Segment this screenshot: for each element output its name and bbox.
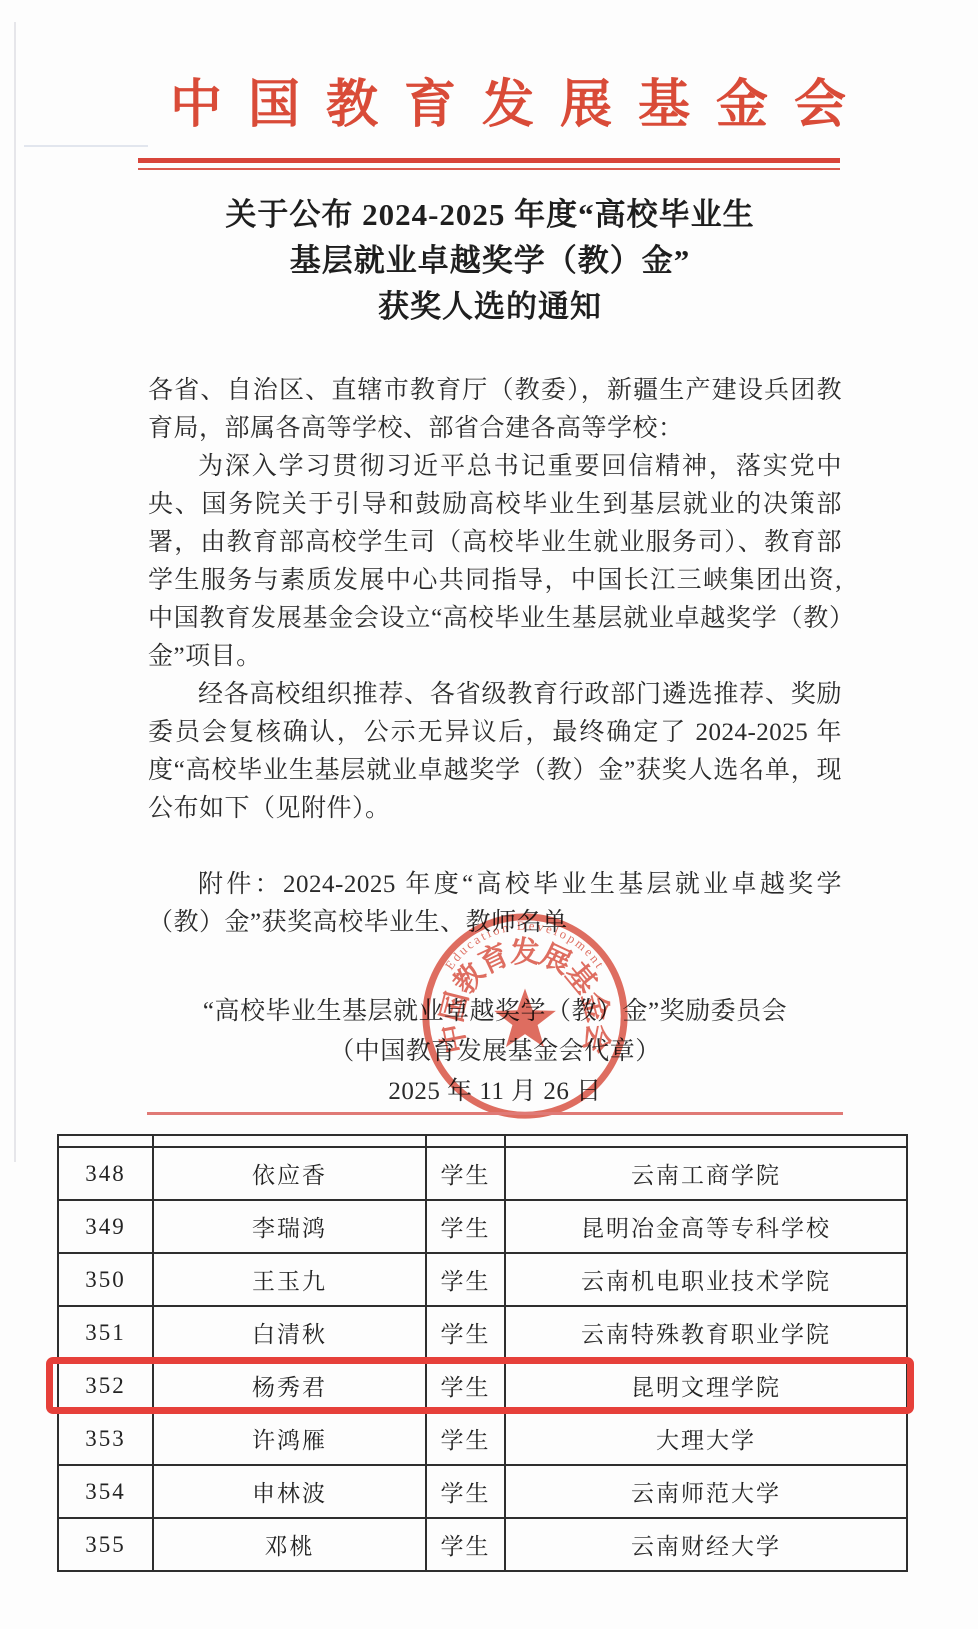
cell-no: 355 (58, 1518, 153, 1571)
table-row: 349李瑞鸿学生昆明冶金高等专科学校 (58, 1200, 907, 1253)
scan-edge-line (14, 22, 16, 1162)
notice-date: 2025 年 11 月 26 日 (148, 1072, 842, 1112)
cell-school: 大理大学 (505, 1412, 907, 1465)
highlight-box (46, 1357, 914, 1414)
table-row: 348依应香学生云南工商学院 (58, 1147, 907, 1200)
cell-role: 学生 (426, 1518, 505, 1571)
cell-role: 学生 (426, 1306, 505, 1359)
scan-divider-line (147, 1112, 843, 1115)
cell-name: 白清秋 (153, 1306, 426, 1359)
cell-no: 353 (58, 1412, 153, 1465)
cell-school: 云南特殊教育职业学院 (505, 1306, 907, 1359)
cell-no: 354 (58, 1465, 153, 1518)
table-row-partial (58, 1135, 907, 1147)
notice-title-line-1: 关于公布 2024-2025 年度“高校毕业生 (120, 192, 860, 238)
award-table: 348依应香学生云南工商学院349李瑞鸿学生昆明冶金高等专科学校350王玉九学生… (57, 1134, 908, 1572)
cell-no: 349 (58, 1200, 153, 1253)
cell-no: 350 (58, 1253, 153, 1306)
letterhead-rule-thin (138, 168, 840, 170)
cell-name: 邓桃 (153, 1518, 426, 1571)
cell-school: 昆明冶金高等专科学校 (505, 1200, 907, 1253)
cell-school: 云南财经大学 (505, 1518, 907, 1571)
notice-title: 关于公布 2024-2025 年度“高校毕业生 基层就业卓越奖学（教）金” 获奖… (120, 192, 860, 330)
cell-name: 依应香 (153, 1147, 426, 1200)
letterhead-rule-thick (138, 158, 840, 163)
cell-school: 云南工商学院 (505, 1147, 907, 1200)
table-row: 354申林波学生云南师范大学 (58, 1465, 907, 1518)
cell-role: 学生 (426, 1253, 505, 1306)
scan-smudge-line (24, 145, 148, 147)
award-table-body: 348依应香学生云南工商学院349李瑞鸿学生昆明冶金高等专科学校350王玉九学生… (58, 1135, 907, 1571)
cell-name: 王玉九 (153, 1253, 426, 1306)
attachment-line: 附件：2024-2025 年度“高校毕业生基层就业卓越奖学（教）金”获奖高校毕业… (148, 866, 842, 942)
notice-body: 各省、自治区、直辖市教育厅（教委），新疆生产建设兵团教育局，部属各高等学校、部省… (148, 372, 842, 942)
paragraph-selection: 经各高校组织推荐、各省级教育行政部门遴选推荐、奖励委员会复核确认，公示无异议后，… (148, 676, 842, 828)
cell-name: 许鸿雁 (153, 1412, 426, 1465)
cell-no: 351 (58, 1306, 153, 1359)
signature-committee: “高校毕业生基层就业卓越奖学（教）金”奖励委员会 (148, 992, 842, 1032)
signature-block: “高校毕业生基层就业卓越奖学（教）金”奖励委员会 （中国教育发展基金会代章） 2… (148, 992, 842, 1112)
cell-school: 云南师范大学 (505, 1465, 907, 1518)
salutation: 各省、自治区、直辖市教育厅（教委），新疆生产建设兵团教育局，部属各高等学校、部省… (148, 372, 842, 448)
cell-no: 348 (58, 1147, 153, 1200)
signature-org: （中国教育发展基金会代章） (148, 1032, 842, 1072)
cell-name: 李瑞鸿 (153, 1200, 426, 1253)
cell-name: 申林波 (153, 1465, 426, 1518)
cell-role: 学生 (426, 1465, 505, 1518)
cell-role: 学生 (426, 1147, 505, 1200)
table-row: 355邓桃学生云南财经大学 (58, 1518, 907, 1571)
notice-title-line-2: 基层就业卓越奖学（教）金” (120, 238, 860, 284)
table-row: 350王玉九学生云南机电职业技术学院 (58, 1253, 907, 1306)
letterhead-org-name: 中国教育发展基金会 (144, 62, 836, 137)
cell-role: 学生 (426, 1412, 505, 1465)
cell-role: 学生 (426, 1200, 505, 1253)
table-row: 351白清秋学生云南特殊教育职业学院 (58, 1306, 907, 1359)
notice-title-line-3: 获奖人选的通知 (120, 284, 860, 330)
cell-school: 云南机电职业技术学院 (505, 1253, 907, 1306)
paragraph-background: 为深入学习贯彻习近平总书记重要回信精神，落实党中央、国务院关于引导和鼓励高校毕业… (148, 448, 842, 676)
scanned-notice-page: 中国教育发展基金会 关于公布 2024-2025 年度“高校毕业生 基层就业卓越… (0, 0, 978, 1629)
table-row: 353许鸿雁学生大理大学 (58, 1412, 907, 1465)
